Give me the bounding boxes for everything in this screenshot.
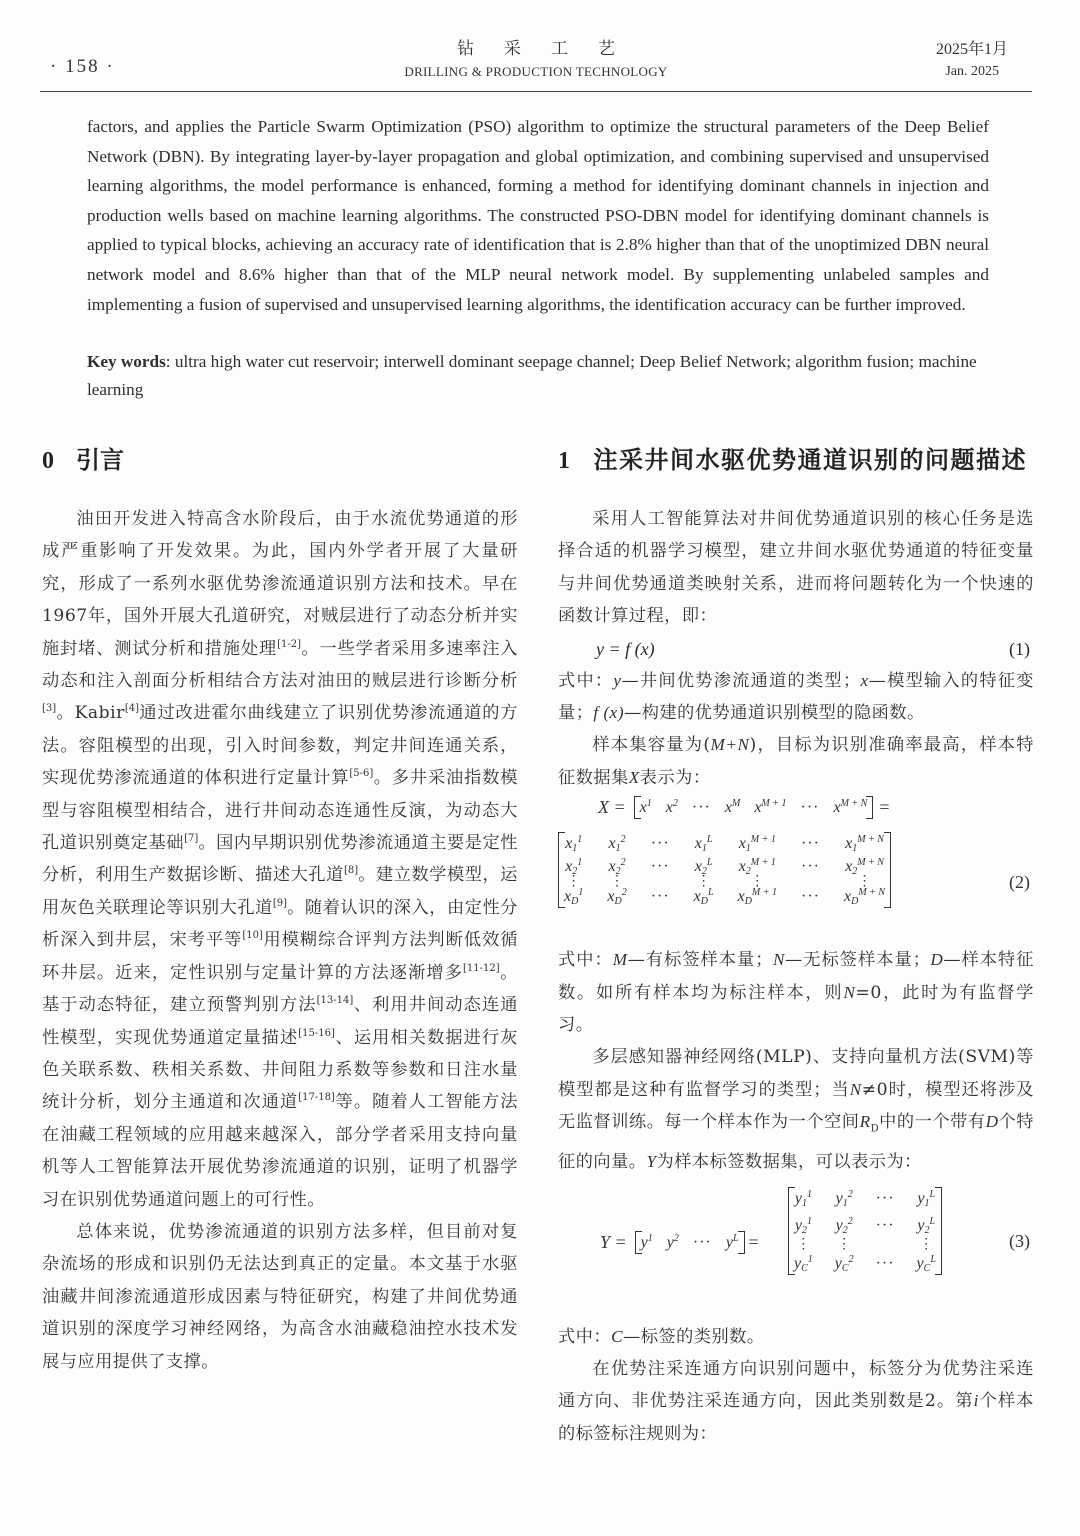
- matrix-y: y11y12···y1L y21y22···y2L ⋮⋮⋮ yC1yC2···y…: [788, 1187, 942, 1275]
- intro-paragraph-2: 总体来说，优势渗流通道的识别方法多样，但目前对复杂流场的形成和识别仍无法达到真正…: [42, 1216, 518, 1378]
- citation-ref: [17-18]: [298, 1092, 335, 1103]
- section-0-heading: 0引言: [42, 440, 518, 481]
- citation-ref: [9]: [273, 898, 287, 909]
- citation-ref: [3]: [42, 703, 56, 714]
- citation-ref: [1-2]: [277, 639, 301, 650]
- left-column: 0引言 油田开发进入特高含水阶段后，由于水流优势通道的形成严重影响了开发效果。为…: [42, 440, 518, 1378]
- equation-1-description: 式中：y—井间优势渗流通道的类型；x—模型输入的特征变量；f (x)—构建的优势…: [558, 665, 1034, 730]
- issue-date-cn: 2025年1月: [936, 36, 1008, 59]
- citation-ref: [15-16]: [298, 1028, 335, 1039]
- citation-ref: [4]: [125, 703, 139, 714]
- section-1-paragraph-2: 样本集容量为(M+N)，目标为识别准确率最高，样本特征数据集X表示为：: [558, 729, 1034, 794]
- citation-ref: [8]: [344, 865, 358, 876]
- section-1-paragraph-4: 在优势注采连通方向识别问题中，标签分为优势注采连通方向、非优势注采连通方向，因此…: [558, 1353, 1034, 1450]
- citation-ref: [13-14]: [317, 995, 354, 1006]
- equation-2-description: 式中：M—有标签样本量；N—无标签样本量；D—样本特征数。如所有样本均为标注样本…: [558, 944, 1034, 1041]
- equation-3: Y = y1y2···yL = y11y12···y1L y21y22···y2…: [558, 1179, 1034, 1321]
- intro-paragraph-1: 油田开发进入特高含水阶段后，由于水流优势通道的形成严重影响了开发效果。为此，国内…: [42, 503, 518, 1216]
- issue-date-en: Jan. 2025: [945, 64, 999, 80]
- right-column: 1注采井间水驱优势通道识别的问题描述 采用人工智能算法对井间优势通道识别的核心任…: [558, 440, 1034, 1450]
- equation-2-number: (2): [1009, 872, 1034, 893]
- citation-ref: [10]: [242, 930, 263, 941]
- equation-3-number: (3): [1009, 1231, 1034, 1252]
- keywords-list: ultra high water cut reservoir; interwel…: [87, 352, 977, 399]
- equation-1-number: (1): [1009, 633, 1034, 665]
- equation-3-description: 式中：C—标签的类别数。: [558, 1321, 1034, 1353]
- equation-1: y = f (x) (1): [558, 633, 1034, 665]
- equation-2: X = x1x2···xMxM + 1···xM + N = x11x12···…: [558, 794, 1034, 944]
- equation-1-body: y = f (x): [558, 633, 655, 665]
- equation-2-row-vector: X = x1x2···xMxM + 1···xM + N =: [598, 796, 890, 819]
- equation-3-row-vector: Y = y1y2···yL =: [600, 1231, 759, 1254]
- citation-ref: [5-6]: [349, 768, 373, 779]
- page-header: · 158 · 钻采工艺 DRILLING & PRODUCTION TECHN…: [40, 34, 1032, 92]
- citation-ref: [7]: [184, 833, 198, 844]
- citation-ref: [11-12]: [463, 963, 500, 974]
- keywords-label: Key words: [87, 352, 166, 371]
- section-1-heading: 1注采井间水驱优势通道识别的问题描述: [558, 440, 1034, 481]
- journal-title-cn: 钻采工艺: [40, 34, 1032, 59]
- journal-title-en: DRILLING & PRODUCTION TECHNOLOGY: [40, 64, 1032, 80]
- matrix-x: x11x12···x1Lx1M + 1···x1M + N x21x22···x…: [558, 832, 891, 908]
- abstract-text: factors, and applies the Particle Swarm …: [87, 112, 989, 319]
- row-vector-y: y1y2···yL: [635, 1231, 745, 1254]
- section-1-paragraph-1: 采用人工智能算法对井间优势通道识别的核心任务是选择合适的机器学习模型，建立井间水…: [558, 503, 1034, 633]
- section-1-paragraph-3: 多层感知器神经网络(MLP)、支持向量机方法(SVM)等模型都是这种有监督学习的…: [558, 1041, 1034, 1178]
- keywords: Key words: ultra high water cut reservoi…: [87, 348, 989, 404]
- row-vector-x: x1x2···xMxM + 1···xM + N: [634, 796, 874, 819]
